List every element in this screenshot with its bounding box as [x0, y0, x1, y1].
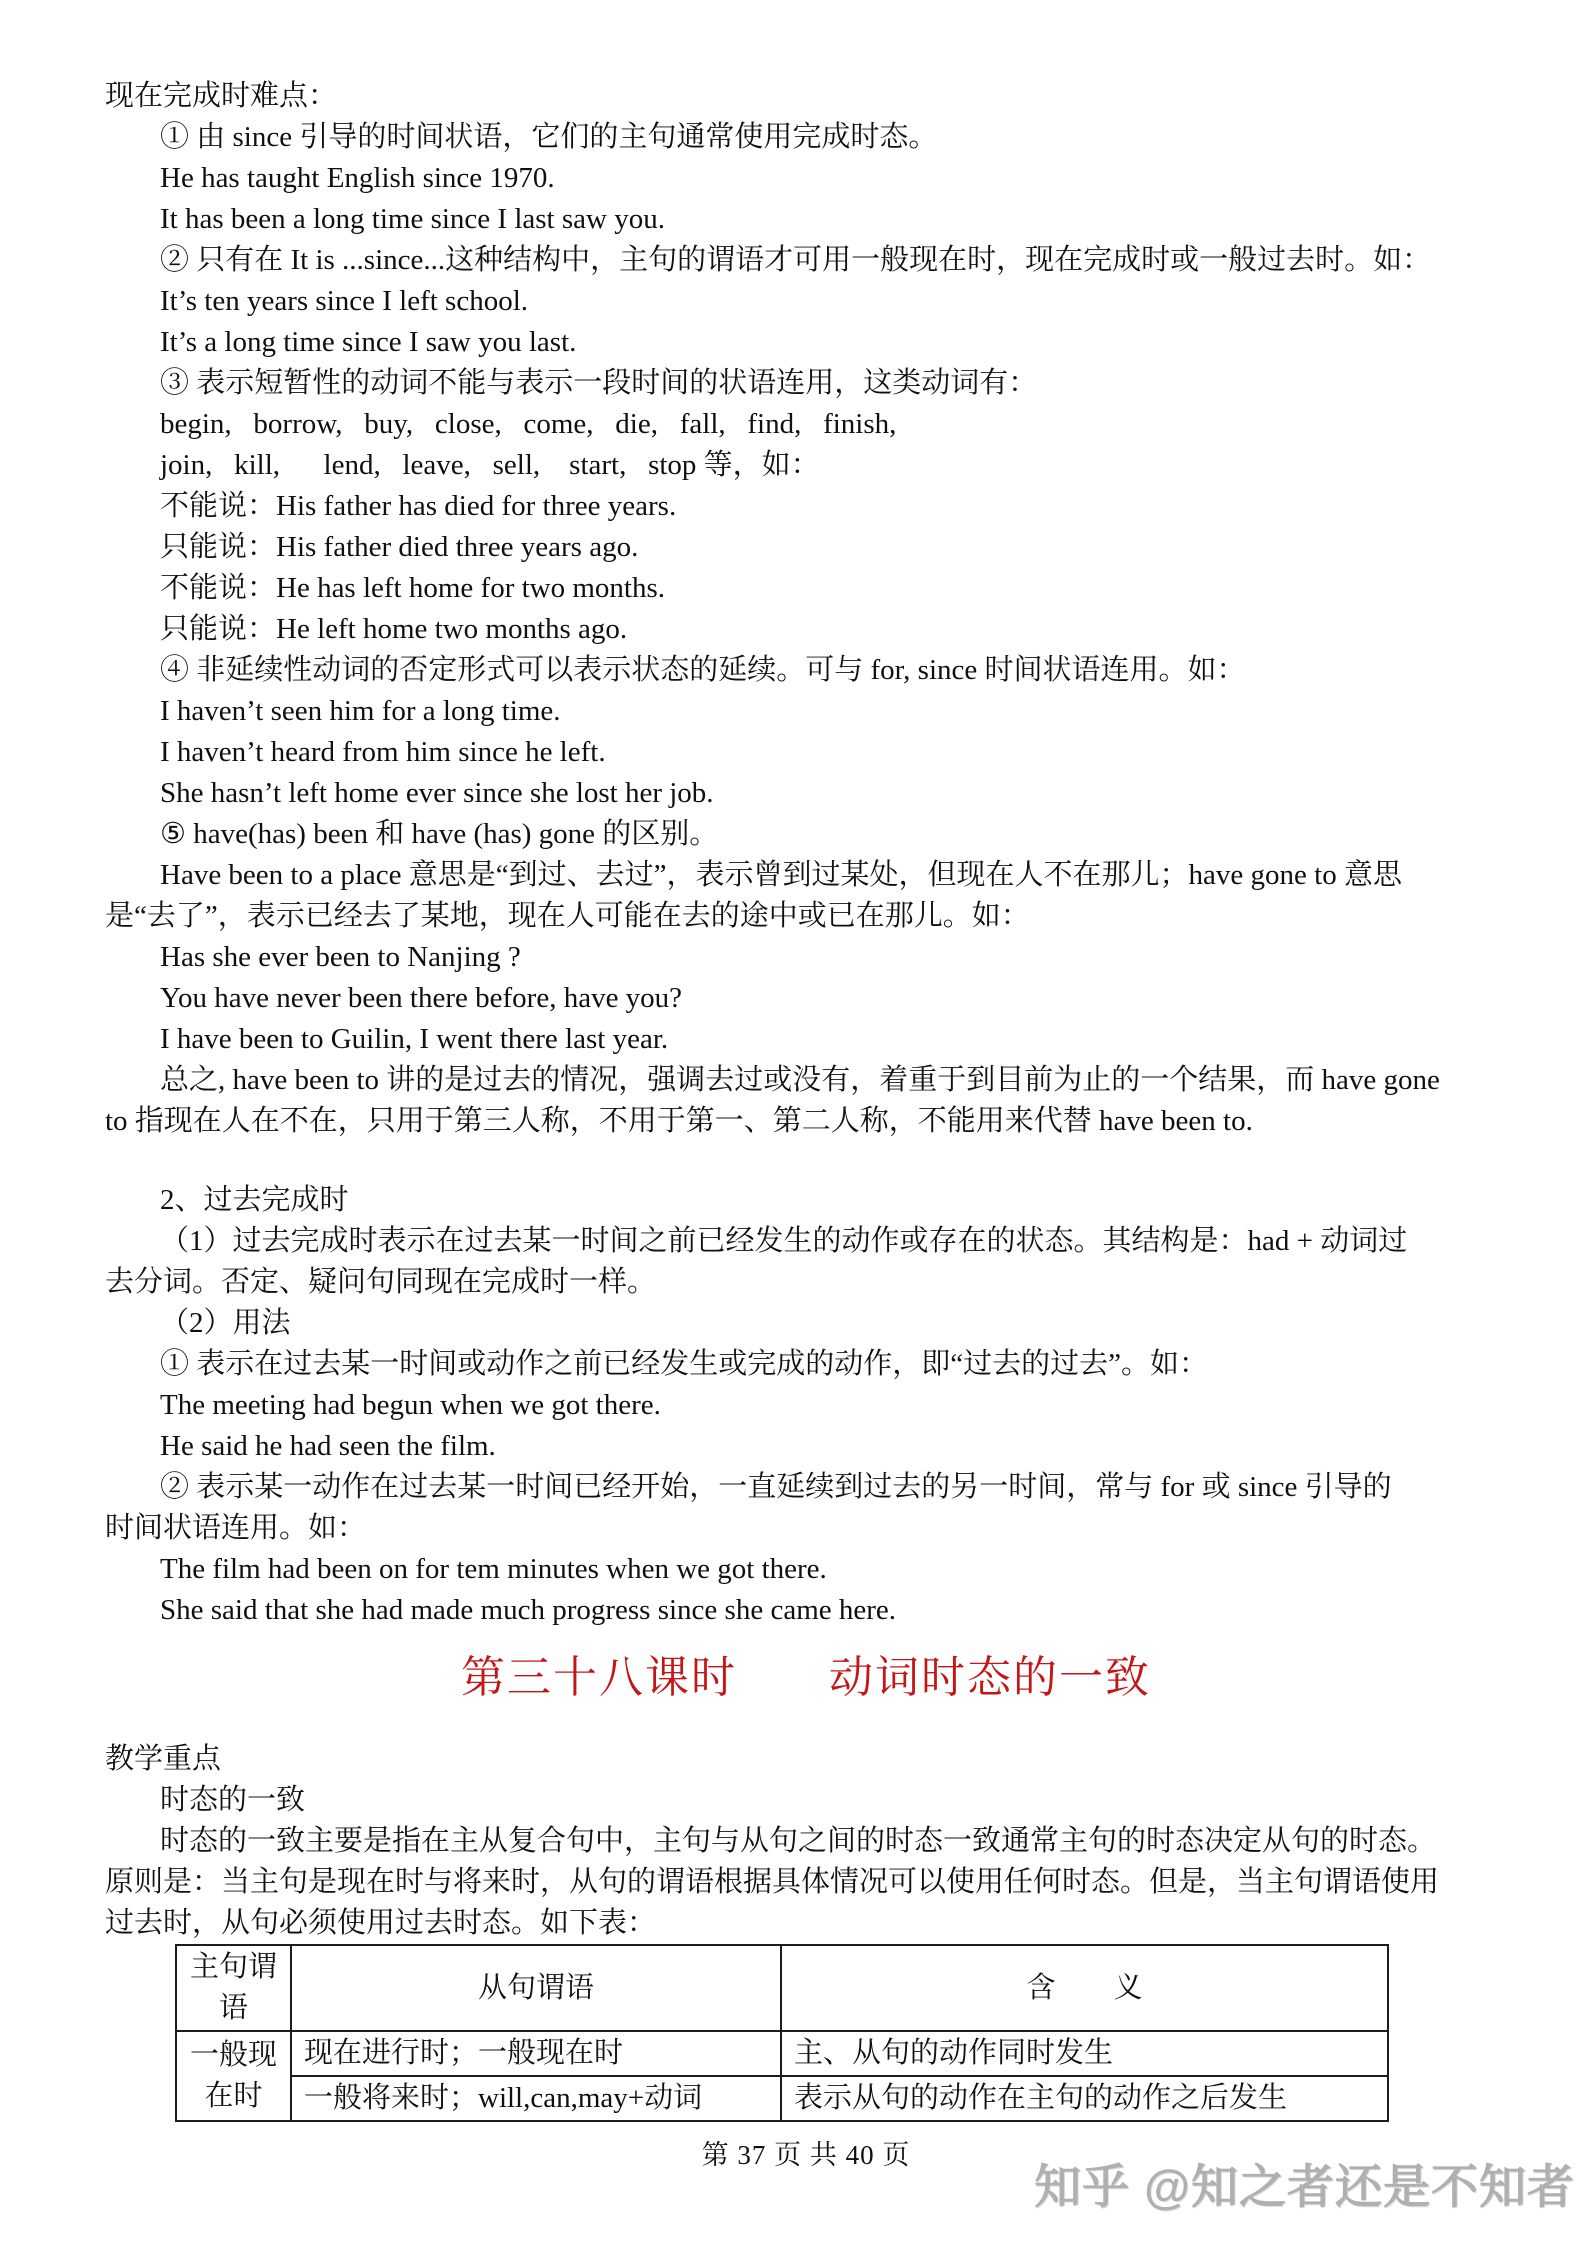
- text-line: 时间状语连用。如：: [105, 1508, 1507, 1549]
- document-body: 现在完成时难点：① 由 since 引导的时间状语，它们的主句通常使用完成时态。…: [105, 76, 1507, 1944]
- text-line: 去分词。否定、疑问句同现在完成时一样。: [105, 1262, 1507, 1303]
- text-line: begin, borrow, buy, close, come, die, fa…: [105, 404, 1507, 445]
- text-line: You have never been there before, have y…: [105, 978, 1507, 1019]
- text-line: ⑤ have(has) been 和 have (has) gone 的区别。: [105, 814, 1507, 855]
- document-page: 现在完成时难点：① 由 since 引导的时间状语，它们的主句通常使用完成时态。…: [0, 0, 1587, 2245]
- text-line: join, kill, lend, leave, sell, start, st…: [105, 445, 1507, 486]
- table-cell-main-clause-tense: 一般现在时: [176, 2031, 291, 2121]
- text-line: Have been to a place 意思是“到过、去过”，表示曾到过某处，…: [105, 855, 1507, 896]
- text-line: to 指现在人在不在，只用于第三人称，不用于第一、第二人称，不能用来代替 hav…: [105, 1101, 1507, 1142]
- text-line: It’s ten years since I left school.: [105, 281, 1507, 322]
- text-line: The meeting had begun when we got there.: [105, 1385, 1507, 1426]
- text-line: She hasn’t left home ever since she lost…: [105, 773, 1507, 814]
- table-row: 一般现在时 现在进行时；一般现在时 主、从句的动作同时发生: [176, 2031, 1388, 2076]
- text-line: （1）过去完成时表示在过去某一时间之前已经发生的动作或存在的状态。其结构是：ha…: [105, 1221, 1507, 1262]
- text-line: ② 表示某一动作在过去某一时间已经开始，一直延续到过去的另一时间，常与 for …: [105, 1467, 1507, 1508]
- table-cell-meaning-2: 表示从句的动作在主句的动作之后发生: [781, 2076, 1388, 2121]
- text-line: I haven’t heard from him since he left.: [105, 732, 1507, 773]
- text-line: She said that she had made much progress…: [105, 1590, 1507, 1631]
- text-line: 过去时，从句必须使用过去时态。如下表：: [105, 1903, 1507, 1944]
- text-line: 时态的一致: [105, 1780, 1507, 1821]
- text-line: 时态的一致主要是指在主从复合句中，主句与从句之间的时态一致通常主句的时态决定从句…: [105, 1821, 1507, 1862]
- text-line: I haven’t seen him for a long time.: [105, 691, 1507, 732]
- text-line: The film had been on for tem minutes whe…: [105, 1549, 1507, 1590]
- text-line: 只能说：His father died three years ago.: [105, 527, 1507, 568]
- text-line: 是“去了”，表示已经去了某地，现在人可能在去的途中或已在那儿。如：: [105, 896, 1507, 937]
- text-line: 不能说：His father has died for three years.: [105, 486, 1507, 527]
- text-line: 不能说：He has left home for two months.: [105, 568, 1507, 609]
- text-line: I have been to Guilin, I went there last…: [105, 1019, 1507, 1060]
- table-header-row: 主句谓语 从句谓语 含 义: [176, 1945, 1388, 2031]
- text-line: 总之, have been to 讲的是过去的情况，强调去过或没有，着重于到目前…: [105, 1060, 1507, 1101]
- table-cell-sub-clause-1: 现在进行时；一般现在时: [291, 2031, 781, 2076]
- document-content: 现在完成时难点：① 由 since 引导的时间状语，它们的主句通常使用完成时态。…: [0, 0, 1587, 2170]
- text-line: Has she ever been to Nanjing ?: [105, 937, 1507, 978]
- tense-agreement-table: 主句谓语 从句谓语 含 义 一般现在时 现在进行时；一般现在时 主、从句的动作同…: [175, 1944, 1389, 2122]
- table-header-main-clause: 主句谓语: [176, 1945, 291, 2031]
- text-line: ① 表示在过去某一时间或动作之前已经发生或完成的动作，即“过去的过去”。如：: [105, 1344, 1507, 1385]
- text-line: It’s a long time since I saw you last.: [105, 322, 1507, 363]
- table-cell-meaning-1: 主、从句的动作同时发生: [781, 2031, 1388, 2076]
- table-row: 一般将来时；will,can,may+动词 表示从句的动作在主句的动作之后发生: [176, 2076, 1388, 2121]
- text-line: ① 由 since 引导的时间状语，它们的主句通常使用完成时态。: [105, 117, 1507, 158]
- text-line: 教学重点: [105, 1739, 1507, 1780]
- text-line: ④ 非延续性动词的否定形式可以表示状态的延续。可与 for, since 时间状…: [105, 650, 1507, 691]
- table-header-meaning: 含 义: [781, 1945, 1388, 2031]
- zhihu-watermark: 知乎 @知之者还是不知者: [1034, 2150, 1575, 2217]
- text-line: It has been a long time since I last saw…: [105, 199, 1507, 240]
- text-line: ③ 表示短暂性的动词不能与表示一段时间的状语连用，这类动词有：: [105, 363, 1507, 404]
- text-line: He said he had seen the film.: [105, 1426, 1507, 1467]
- table-cell-sub-clause-2: 一般将来时；will,can,may+动词: [291, 2076, 781, 2121]
- text-line: He has taught English since 1970.: [105, 158, 1507, 199]
- text-line: 2、过去完成时: [105, 1180, 1507, 1221]
- text-line: 只能说：He left home two months ago.: [105, 609, 1507, 650]
- text-line: ② 只有在 It is ...since...这种结构中，主句的谓语才可用一般现…: [105, 240, 1507, 281]
- text-line: 原则是：当主句是现在时与将来时，从句的谓语根据具体情况可以使用任何时态。但是，当…: [105, 1862, 1507, 1903]
- lesson-heading: 第三十八课时 动词时态的一致: [105, 1647, 1507, 1709]
- text-line: （2）用法: [105, 1303, 1507, 1344]
- text-line: 现在完成时难点：: [105, 76, 1507, 117]
- blank-line: [105, 1142, 1507, 1180]
- table-header-sub-clause: 从句谓语: [291, 1945, 781, 2031]
